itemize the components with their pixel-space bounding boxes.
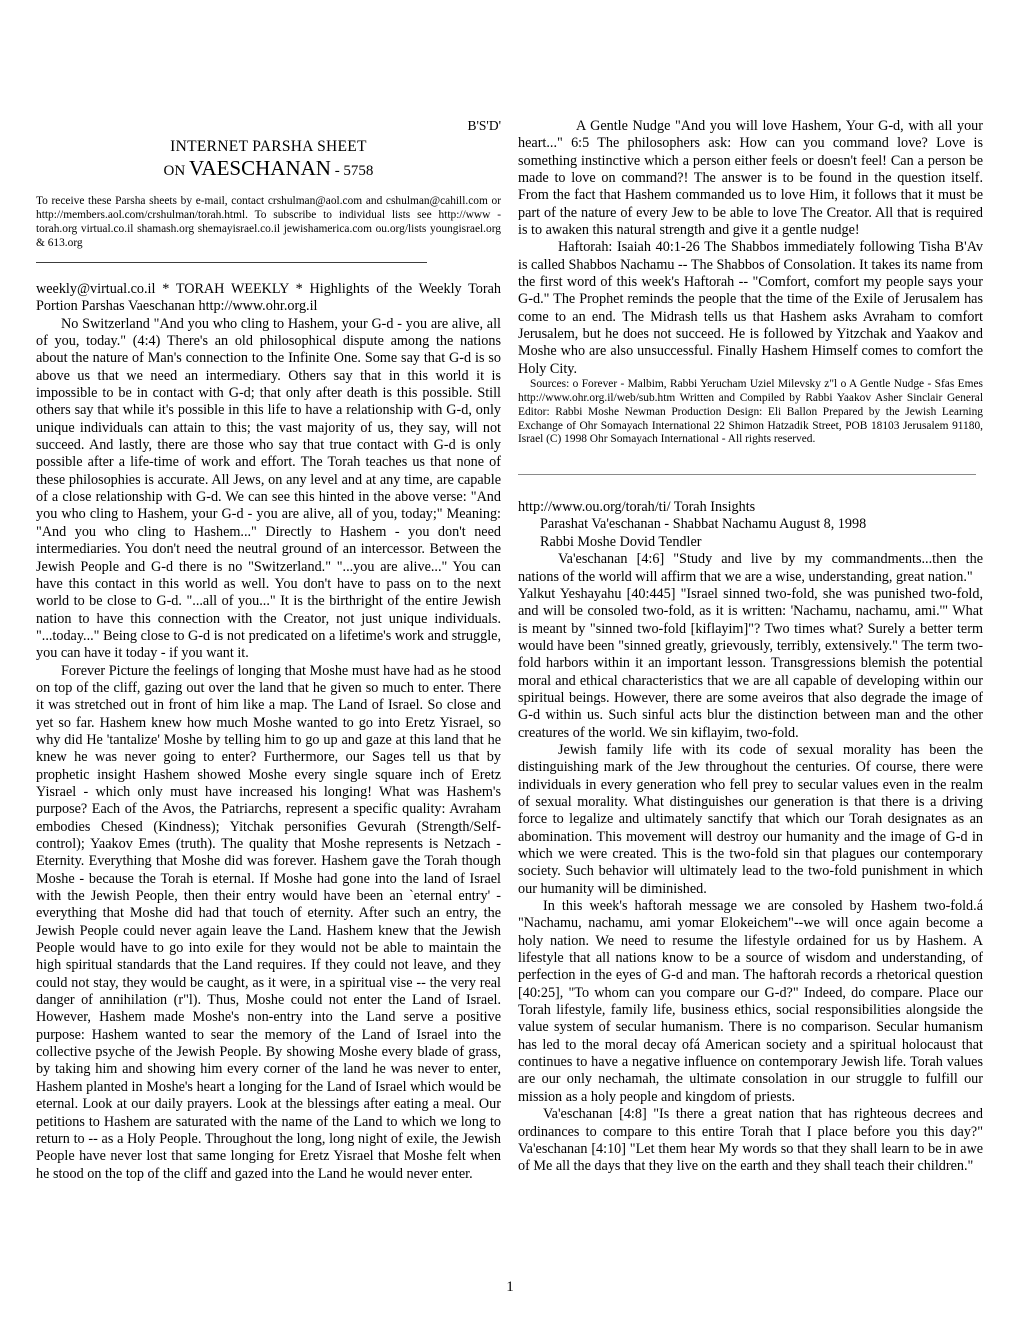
paragraph-vaeschanan-4-8: Va'eschanan [4:8] "Is there a great nati… bbox=[518, 1106, 983, 1175]
page-number: 1 bbox=[0, 1278, 1020, 1296]
parashat-line: Parashat Va'eschanan - Shabbat Nachamu A… bbox=[518, 516, 983, 533]
paragraph-vaeschanan-4-6: Va'eschanan [4:6] "Study and live by my … bbox=[518, 551, 983, 586]
subscription-info: To receive these Parsha sheets by e-mail… bbox=[36, 194, 501, 250]
two-column-layout: B'S'D' INTERNET PARSHA SHEET ON VAESCHAN… bbox=[36, 118, 983, 1183]
torah-insights-header: http://www.ou.org/torah/ti/ Torah Insigh… bbox=[518, 499, 983, 516]
subtitle-year: - 5758 bbox=[335, 163, 374, 179]
paragraph-yalkut: Yalkut Yeshayahu [40:445] "Israel sinned… bbox=[518, 586, 983, 742]
paragraph-forever: Forever Picture the feelings of longing … bbox=[36, 663, 501, 1183]
paragraph-gentle-nudge: A Gentle Nudge "And you will love Hashem… bbox=[518, 118, 983, 239]
sources-credits: Sources: o Forever - Malbim, Rabbi Yeruc… bbox=[518, 378, 983, 447]
right-column: A Gentle Nudge "And you will love Hashem… bbox=[518, 118, 983, 1183]
subtitle-on: ON bbox=[164, 163, 186, 179]
page-subtitle: ON VAESCHANAN - 5758 bbox=[36, 156, 501, 183]
subtitle-parsha-name: VAESCHANAN bbox=[189, 156, 331, 180]
paragraph-jewish-family: Jewish family life with its code of sexu… bbox=[518, 742, 983, 898]
author-line: Rabbi Moshe Dovid Tendler bbox=[518, 534, 983, 551]
paragraph-haftorah: Haftorah: Isaiah 40:1-26 The Shabbos imm… bbox=[518, 239, 983, 378]
page-title: INTERNET PARSHA SHEET bbox=[36, 137, 501, 156]
parsha-sheet-page: B'S'D' INTERNET PARSHA SHEET ON VAESCHAN… bbox=[0, 0, 1020, 1320]
left-column: B'S'D' INTERNET PARSHA SHEET ON VAESCHAN… bbox=[36, 118, 501, 1183]
paragraph-no-switzerland: No Switzerland "And you who cling to Has… bbox=[36, 316, 501, 663]
section-divider-2 bbox=[518, 474, 976, 475]
bsd-header: B'S'D' bbox=[36, 118, 501, 134]
section-divider bbox=[36, 262, 427, 263]
paragraph-consoled: In this week's haftorah message we are c… bbox=[518, 898, 983, 1106]
torah-weekly-header: weekly@virtual.co.il * TORAH WEEKLY * Hi… bbox=[36, 281, 501, 316]
